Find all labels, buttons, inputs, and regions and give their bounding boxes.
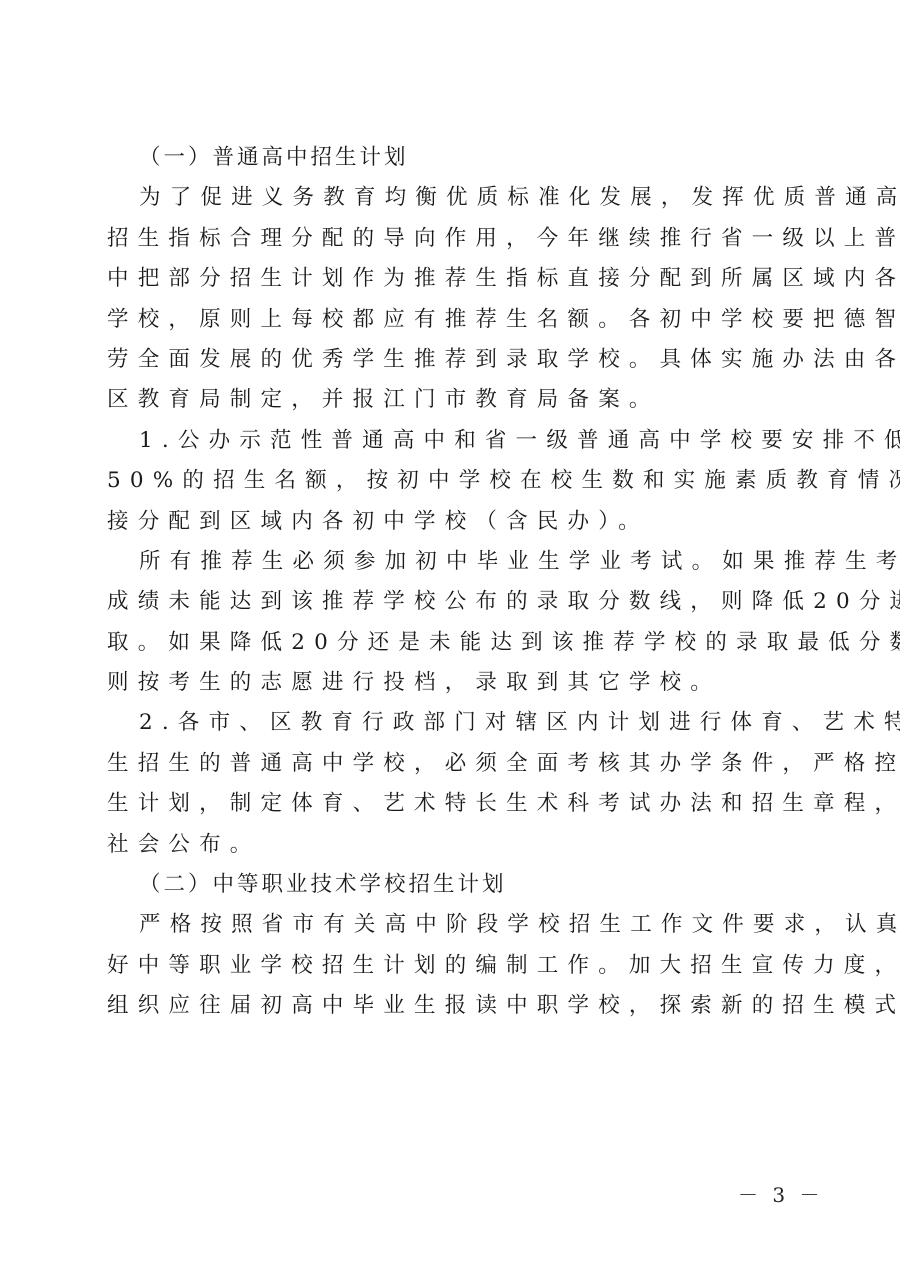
paragraph-line: 1.公办示范性普通高中和省一级普通高中学校要安排不低于 — [107, 421, 797, 461]
paragraph-line: 2.各市、区教育行政部门对辖区内计划进行体育、艺术特长 — [107, 703, 797, 743]
paragraph-line: 成绩未能达到该推荐学校公布的录取分数线，则降低20分进行录 — [107, 582, 797, 622]
paragraph-recommended-student-exam: 所有推荐生必须参加初中毕业生学业考试。如果推荐生考试 成绩未能达到该推荐学校公布… — [107, 542, 797, 704]
document-body: （一）普通高中招生计划 为了促进义务教育均衡优质标准化发展，发挥优质普通高中 招… — [107, 138, 797, 1027]
paragraph-line: 招生指标合理分配的导向作用，今年继续推行省一级以上普通高 — [107, 219, 797, 259]
paragraph-line: 为了促进义务教育均衡优质标准化发展，发挥优质普通高中 — [107, 178, 797, 218]
document-page: （一）普通高中招生计划 为了促进义务教育均衡优质标准化发展，发挥优质普通高中 招… — [0, 0, 900, 1273]
section-heading-general-high-school: （一）普通高中招生计划 — [107, 138, 797, 178]
paragraph-line: 所有推荐生必须参加初中毕业生学业考试。如果推荐生考试 — [107, 542, 797, 582]
paragraph-line: 取。如果降低20分还是未能达到该推荐学校的录取最低分数线， — [107, 623, 797, 663]
paragraph-line: 则按考生的志愿进行投档，录取到其它学校。 — [107, 663, 797, 703]
paragraph-line: 劳全面发展的优秀学生推荐到录取学校。具体实施办法由各市、 — [107, 340, 797, 380]
paragraph-line: 社会公布。 — [107, 825, 797, 865]
paragraph-line: 接分配到区域内各初中学校（含民办）。 — [107, 502, 797, 542]
paragraph-item-2-special-talent: 2.各市、区教育行政部门对辖区内计划进行体育、艺术特长 生招生的普通高中学校，必… — [107, 703, 797, 865]
paragraph-vocational-enrollment: 严格按照省市有关高中阶段学校招生工作文件要求，认真做 好中等职业学校招生计划的编… — [107, 905, 797, 1026]
paragraph-line: 学校，原则上每校都应有推荐生名额。各初中学校要把德智体美 — [107, 300, 797, 340]
paragraph-line: 生招生的普通高中学校，必须全面考核其办学条件，严格控制招 — [107, 744, 797, 784]
paragraph-item-1-quota-allocation: 1.公办示范性普通高中和省一级普通高中学校要安排不低于 50%的招生名额，按初中… — [107, 421, 797, 542]
section-heading-vocational-school: （二）中等职业技术学校招生计划 — [107, 865, 797, 905]
paragraph-line: 生计划，制定体育、艺术特长生术科考试办法和招生章程，并对 — [107, 784, 797, 824]
paragraph-line: 50%的招生名额，按初中学校在校生数和实施素质教育情况，直 — [107, 461, 797, 501]
paragraph-line: 严格按照省市有关高中阶段学校招生工作文件要求，认真做 — [107, 905, 797, 945]
paragraph-line: 中把部分招生计划作为推荐生指标直接分配到所属区域内各初中 — [107, 259, 797, 299]
paragraph-line: 好中等职业学校招生计划的编制工作。加大招生宣传力度，积极 — [107, 946, 797, 986]
paragraph-line: 区教育局制定，并报江门市教育局备案。 — [107, 380, 797, 420]
paragraph-line: 组织应往届初高中毕业生报读中职学校，探索新的招生模式和人 — [107, 986, 797, 1026]
paragraph-recommendation-quota: 为了促进义务教育均衡优质标准化发展，发挥优质普通高中 招生指标合理分配的导向作用… — [107, 178, 797, 420]
page-number: － 3 － — [738, 1181, 823, 1209]
